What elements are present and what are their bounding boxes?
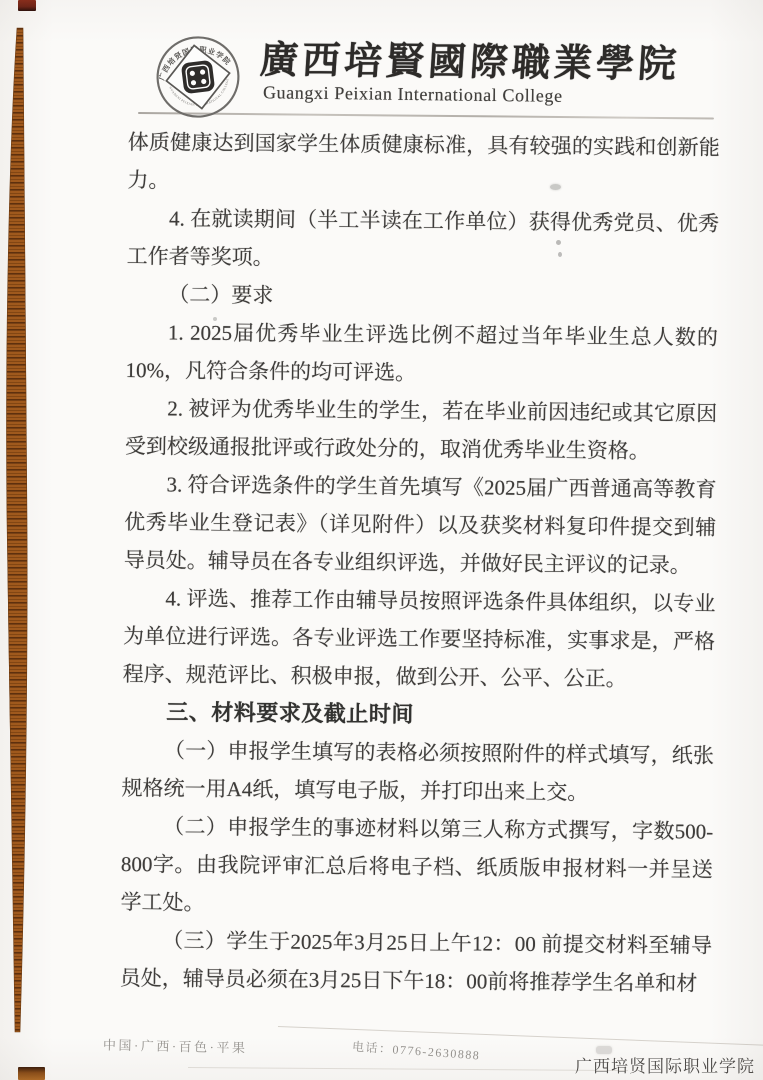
footer-college-watermark: 广西培贤国际职业学院 [575, 1052, 755, 1077]
book-spine-strip [0, 0, 42, 1080]
top-left-binding-tab [18, 0, 36, 11]
bottom-left-binding-tab [18, 1067, 45, 1080]
footer-location-text: 中国·广西·百色·平果 [103, 1034, 248, 1056]
college-name-english: Guangxi Peixian International College [263, 82, 723, 109]
paragraph: （二）申报学生的事迹材料以第三人称方式撰写，字数500-800字。由我院评审汇总… [120, 807, 713, 927]
paragraph: 3. 符合评选条件的学生首先填写《2025届广西普通高等教育优秀毕业生登记表》（… [124, 465, 717, 585]
paragraph: 体质健康达到国家学生体质健康标准，具有较强的实践和创新能力。 [127, 123, 720, 205]
paragraph: （二）要求 [126, 275, 718, 319]
section-heading: 三、材料要求及截止时间 [122, 693, 714, 737]
scan-page-edge-line [188, 1067, 628, 1071]
paragraph: （三）学生于2025年3月25日上午12：00 前提交材料至辅导员处，辅导员必须… [120, 921, 713, 1003]
paragraph: 4. 在就读期间（半工半读在工作单位）获得优秀党员、优秀工作者等奖项。 [127, 199, 720, 281]
paragraph: （一）申报学生填写的表格必须按照附件的样式填写，纸张规格统一用A4纸，填写电子版… [121, 731, 714, 813]
spine-shape [6, 28, 27, 1032]
paragraph: 4. 评选、推荐工作由辅导员按照评选条件具体组织，以专业为单位进行评选。各专业评… [123, 579, 716, 699]
footer-phone-text: 电话：0776-2630888 [352, 1038, 481, 1064]
paragraph: 1. 2025届优秀毕业生评选比例不超过当年毕业生总人数的10%，凡符合条件的均… [125, 313, 718, 395]
document-body: 体质健康达到国家学生体质健康标准，具有较强的实践和创新能力。 4. 在就读期间（… [120, 123, 720, 1003]
seal-center-emblem [181, 60, 216, 95]
paragraph: 2. 被评为优秀毕业生的学生，若在毕业前因违纪或其它原因受到校级通报批评或行政处… [125, 389, 718, 471]
scan-page-edge-line [278, 1026, 763, 1046]
college-seal-logo: 广西培贤国际职业学院 GUANGXI PEIXIAN INTERNATIONAL… [145, 28, 251, 125]
